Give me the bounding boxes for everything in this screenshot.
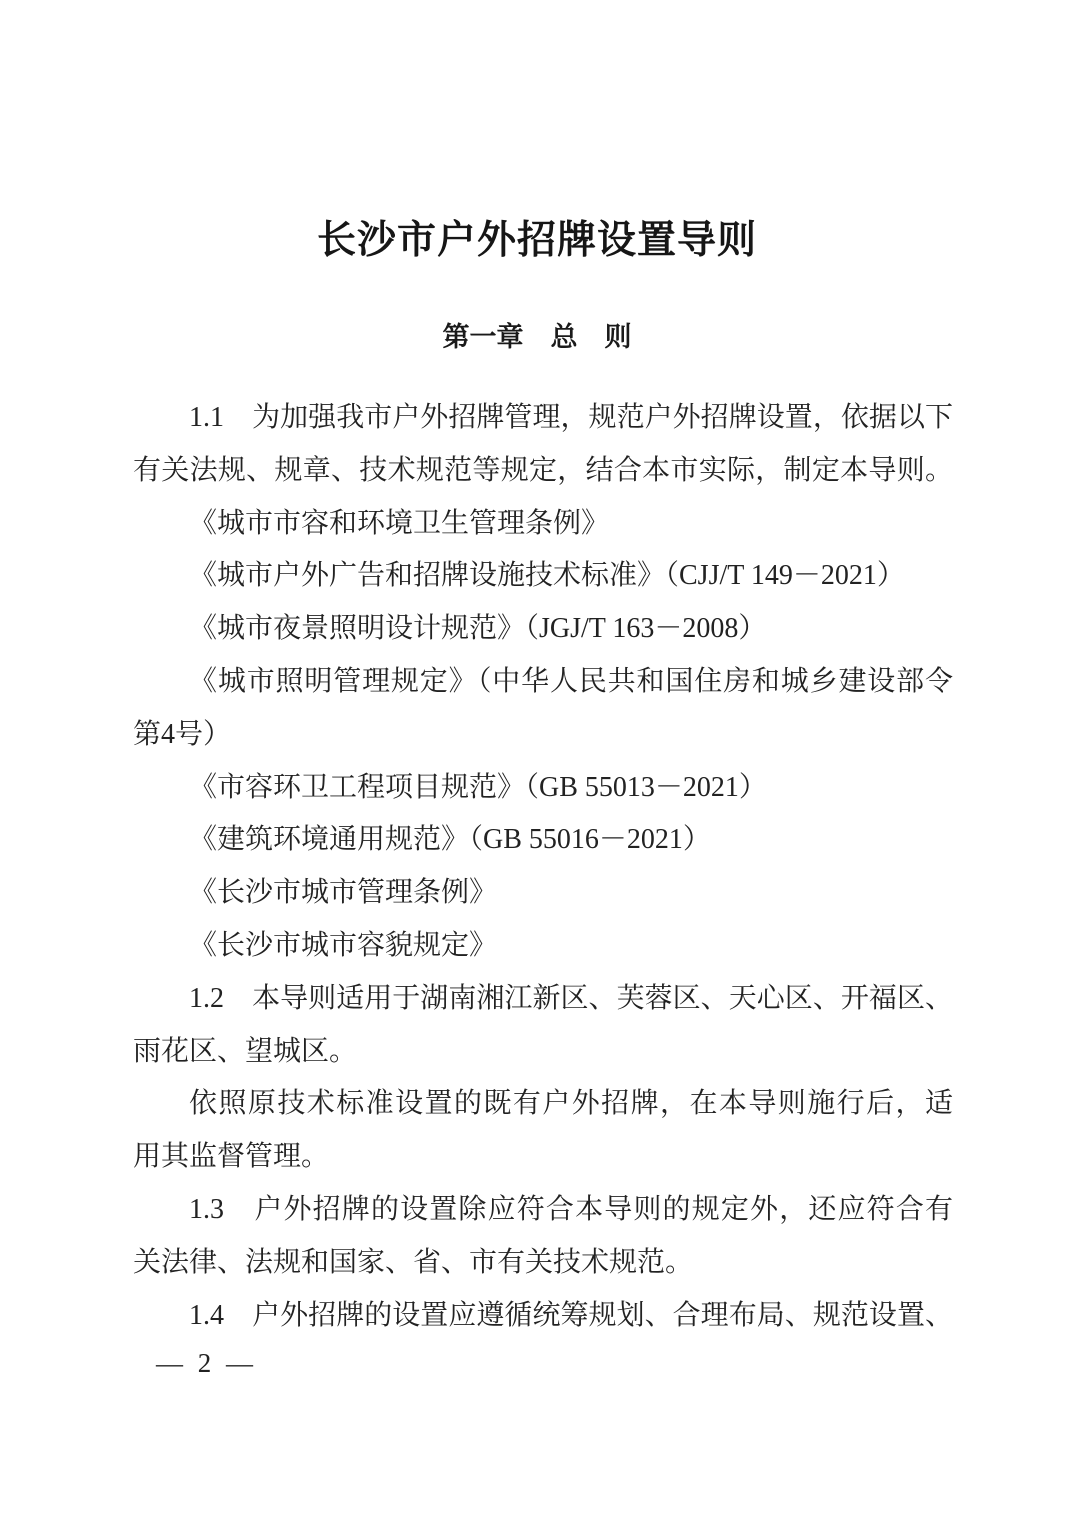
- document-line: 《长沙市城市管理条例》: [133, 867, 953, 920]
- document-line: 《建筑环境通用规范》（GB 55016－2021）: [133, 814, 953, 867]
- document-line: 第4号）: [133, 709, 953, 762]
- document-body: 1.1 为加强我市户外招牌管理，规范户外招牌设置，依据以下有关法规、规章、技术规…: [133, 392, 953, 1342]
- document-line: 1.4 户外招牌的设置应遵循统筹规划、合理布局、规范设置、: [133, 1290, 953, 1343]
- chapter-heading: 第一章 总 则: [0, 320, 1074, 354]
- document-line: 用其监督管理。: [133, 1131, 953, 1184]
- document-line: 1.3 户外招牌的设置除应符合本导则的规定外，还应符合有: [133, 1184, 953, 1237]
- document-line: 《市容环卫工程项目规范》（GB 55013－2021）: [133, 762, 953, 815]
- page-number: — 2 —: [156, 1346, 257, 1380]
- document-line: 雨花区、望城区。: [133, 1026, 953, 1079]
- document-line: 《城市夜景照明设计规范》（JGJ/T 163－2008）: [133, 603, 953, 656]
- document-line: 《城市照明管理规定》（中华人民共和国住房和城乡建设部令: [133, 656, 953, 709]
- document-line: 有关法规、规章、技术规范等规定，结合本市实际，制定本导则。: [133, 445, 953, 498]
- document-title: 长沙市户外招牌设置导则: [0, 216, 1074, 266]
- document-page: 长沙市户外招牌设置导则 第一章 总 则 1.1 为加强我市户外招牌管理，规范户外…: [0, 0, 1074, 1520]
- document-line: 关法律、法规和国家、省、市有关技术规范。: [133, 1237, 953, 1290]
- document-line: 1.2 本导则适用于湖南湘江新区、芙蓉区、天心区、开福区、: [133, 973, 953, 1026]
- document-line: 《城市市容和环境卫生管理条例》: [133, 498, 953, 551]
- document-line: 《长沙市城市容貌规定》: [133, 920, 953, 973]
- document-line: 《城市户外广告和招牌设施技术标准》（CJJ/T 149－2021）: [133, 550, 953, 603]
- document-line: 依照原技术标准设置的既有户外招牌，在本导则施行后，适: [133, 1078, 953, 1131]
- document-line: 1.1 为加强我市户外招牌管理，规范户外招牌设置，依据以下: [133, 392, 953, 445]
